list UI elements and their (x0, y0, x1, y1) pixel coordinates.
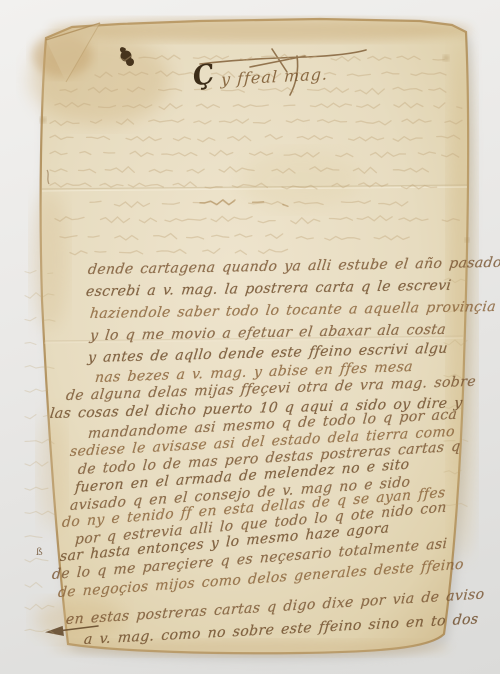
invocation-symbol: Ç (190, 59, 217, 93)
quire-mark: ß (36, 547, 43, 558)
photograph-background: Ç y ffeal mag. dende cartagena quando ya… (0, 0, 500, 674)
